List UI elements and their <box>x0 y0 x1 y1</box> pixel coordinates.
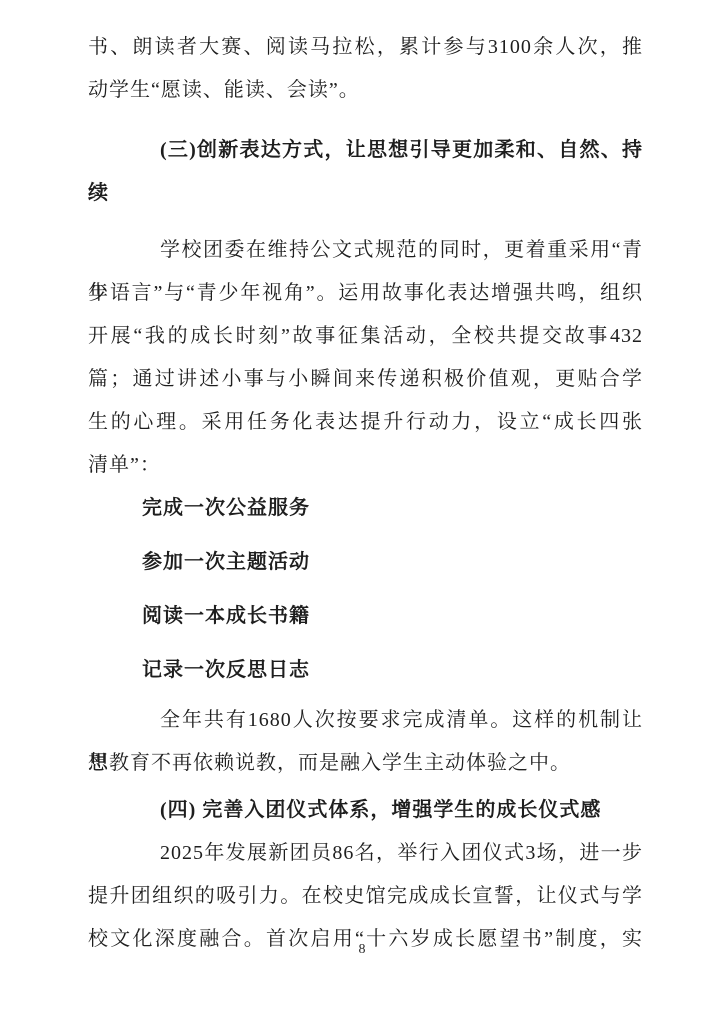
list-item-service: 完成一次公益服务 <box>88 487 643 530</box>
list-item-activity: 参加一次主题活动 <box>88 541 643 584</box>
text-line: 参加一次主题活动 <box>88 541 643 584</box>
text-line: 提升团组织的吸引力。在校史馆完成成长宣誓，让仪式与学 <box>88 875 643 918</box>
paragraph-carryover: 书、朗读者大赛、阅读马拉松，累计参与3100余人次，推动学生“愿读、能读、会读”… <box>88 26 643 112</box>
list-item-journal: 记录一次反思日志 <box>88 649 643 692</box>
text-line: 年语言”与“青少年视角”。运用故事化表达增强共鸣，组织 <box>88 272 643 315</box>
text-line: 开展“我的成长时刻”故事征集活动，全校共提交故事432 <box>88 315 643 358</box>
text-line: 想教育不再依赖说教，而是融入学生主动体验之中。 <box>88 742 643 785</box>
heading-section-4: (四) 完善入团仪式体系，增强学生的成长仪式感 <box>88 789 643 832</box>
text-line: 学校团委在维持公文式规范的同时，更着重采用“青少 <box>88 229 643 272</box>
heading-section-3: (三)创新表达方式，让思想引导更加柔和、自然、持续 <box>88 129 643 215</box>
text-line: 记录一次反思日志 <box>88 649 643 692</box>
text-line: 清单”： <box>88 444 643 487</box>
text-line: (三)创新表达方式，让思想引导更加柔和、自然、持 <box>88 129 643 172</box>
text-line: 2025年发展新团员86名，举行入团仪式3场，进一步 <box>88 832 643 875</box>
document-body: 书、朗读者大赛、阅读马拉松，累计参与3100余人次，推动学生“愿读、能读、会读”… <box>88 26 643 961</box>
text-line: 生的心理。采用任务化表达提升行动力，设立“成长四张 <box>88 401 643 444</box>
paragraph-checklist-result: 全年共有1680人次按要求完成清单。这样的机制让思想教育不再依赖说教，而是融入学… <box>88 699 643 785</box>
page-number: 8 <box>0 942 724 958</box>
text-line: 动学生“愿读、能读、会读”。 <box>88 69 643 112</box>
text-line: 完成一次公益服务 <box>88 487 643 530</box>
text-line: 续 <box>88 172 643 215</box>
text-line: 全年共有1680人次按要求完成清单。这样的机制让思 <box>88 699 643 742</box>
text-line: 篇；通过讲述小事与小瞬间来传递积极价值观，更贴合学 <box>88 358 643 401</box>
text-line: (四) 完善入团仪式体系，增强学生的成长仪式感 <box>88 789 643 832</box>
list-item-book: 阅读一本成长书籍 <box>88 595 643 638</box>
text-line: 阅读一本成长书籍 <box>88 595 643 638</box>
document-page: 书、朗读者大赛、阅读马拉松，累计参与3100余人次，推动学生“愿读、能读、会读”… <box>0 0 724 1024</box>
text-line: 书、朗读者大赛、阅读马拉松，累计参与3100余人次，推 <box>88 26 643 69</box>
paragraph-expression: 学校团委在维持公文式规范的同时，更着重采用“青少年语言”与“青少年视角”。运用故… <box>88 229 643 487</box>
